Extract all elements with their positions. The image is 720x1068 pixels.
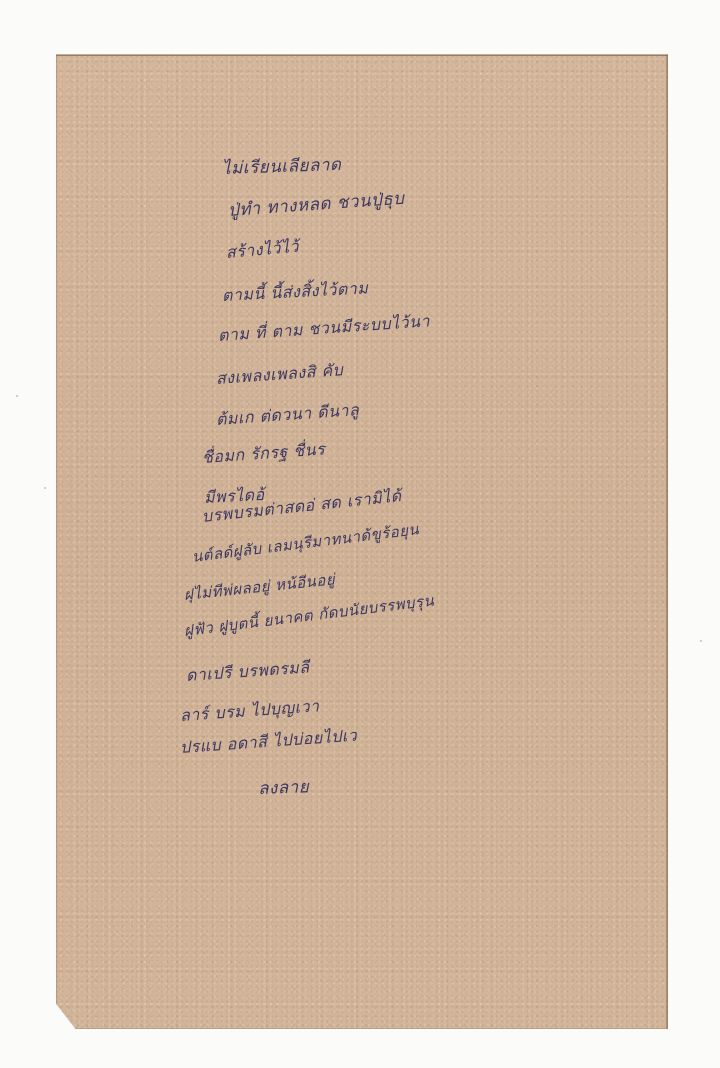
speck <box>16 395 18 397</box>
paper-top-edge <box>56 54 668 56</box>
speck <box>700 640 702 642</box>
scanned-page: ไม่เรียนเลียลาด ปู่ทำ ทางหลด ชวนปู่ธุบ ส… <box>0 0 720 1068</box>
paper-right-edge <box>666 55 668 1029</box>
signature: ลงลาย <box>258 773 310 802</box>
speck <box>44 487 46 489</box>
handwritten-line-1: ไม่เรียนเลียลาด <box>222 151 342 182</box>
